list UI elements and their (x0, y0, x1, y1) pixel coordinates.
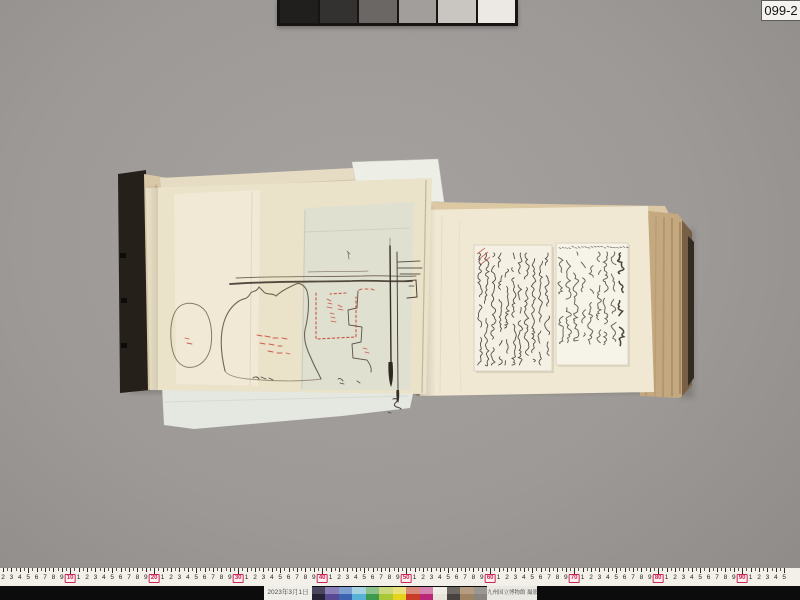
color-patch (406, 587, 419, 600)
ruler-number: 4 (690, 574, 694, 582)
ruler-halftick (133, 568, 134, 571)
color-patch (339, 587, 352, 600)
color-patch-bottom (420, 594, 433, 600)
ruler-tick (255, 568, 256, 572)
date-label: 2023年3月1日 (264, 586, 312, 600)
ruler-number: 9 (144, 574, 148, 582)
ruler-tick (751, 568, 752, 572)
ruler-halftick (486, 568, 487, 571)
ruler-number: 2 (673, 574, 677, 582)
ruler-number: 1 (749, 574, 753, 582)
ruler-tick (20, 568, 21, 572)
ruler-number: 6 (539, 574, 543, 582)
ruler-halftick (276, 568, 277, 571)
ruler-tick (314, 568, 315, 572)
grayscale-patch (359, 0, 397, 23)
ruler-tick (280, 568, 281, 573)
ruler-tick (146, 568, 147, 572)
ruler-tick (650, 568, 651, 572)
color-patch (379, 587, 392, 600)
ruler-halftick (738, 568, 739, 571)
ruler-number: 7 (295, 574, 299, 582)
ruler-tick (389, 568, 390, 572)
ruler-number: 20 (149, 574, 160, 583)
color-patch (393, 587, 406, 600)
ruler-number: 9 (396, 574, 400, 582)
color-calibration-patches (312, 587, 487, 600)
ruler-tick (431, 568, 432, 572)
ruler-halftick (184, 568, 185, 571)
ruler-tick (179, 568, 180, 572)
ruler-tick (37, 568, 38, 572)
ruler-halftick (662, 568, 663, 571)
ruler-halftick (620, 568, 621, 571)
ruler-tick (247, 568, 248, 572)
ruler-halftick (74, 568, 75, 571)
color-patch-bottom (447, 594, 460, 600)
ruler-halftick (553, 568, 554, 571)
ruler-tick (767, 568, 768, 572)
ruler-number: 3 (178, 574, 182, 582)
ruler-halftick (545, 568, 546, 571)
ruler-halftick (578, 568, 579, 571)
ruler-halftick (234, 568, 235, 571)
ruler-halftick (32, 568, 33, 571)
ruler-halftick (368, 568, 369, 571)
ruler-halftick (595, 568, 596, 571)
photo-id-label: 099-2 (761, 0, 800, 21)
ruler-number: 4 (522, 574, 526, 582)
ruler-halftick (7, 568, 8, 571)
ruler-number: 5 (446, 574, 450, 582)
ruler-tick (28, 568, 29, 573)
ruler-number: 5 (194, 574, 198, 582)
ruler-halftick (242, 568, 243, 571)
ruler-tick (221, 568, 222, 572)
ruler-number: 1 (581, 574, 585, 582)
ruler-number: 3 (94, 574, 98, 582)
ruler-number: 4 (18, 574, 22, 582)
ruler-halftick (612, 568, 613, 571)
ruler-halftick (511, 568, 512, 571)
ruler-number: 8 (304, 574, 308, 582)
ruler-tick (524, 568, 525, 572)
ruler-tick (482, 568, 483, 572)
ruler-halftick (251, 568, 252, 571)
ruler-number: 6 (455, 574, 459, 582)
ruler-number: 6 (119, 574, 123, 582)
ruler-halftick (704, 568, 705, 571)
ruler-tick (675, 568, 676, 572)
color-patch (474, 587, 487, 600)
ruler-halftick (679, 568, 680, 571)
ruler-number: 6 (371, 574, 375, 582)
ruler-tick (112, 568, 113, 573)
ruler-halftick (394, 568, 395, 571)
ruler-number: 5 (110, 574, 114, 582)
ruler-number: 4 (270, 574, 274, 582)
ruler-number: 8 (640, 574, 644, 582)
ruler-number: 3 (346, 574, 350, 582)
manuscript-sheets (474, 243, 630, 373)
ruler-tick (196, 568, 197, 573)
ruler-number: 6 (623, 574, 627, 582)
ruler-number: 2 (421, 574, 425, 582)
ruler-number: 7 (379, 574, 383, 582)
ruler-halftick (696, 568, 697, 571)
ruler-number: 2 (85, 574, 89, 582)
ruler-halftick (637, 568, 638, 571)
ruler-tick (373, 568, 374, 572)
ruler-halftick (494, 568, 495, 571)
ruler-number: 4 (438, 574, 442, 582)
grayscale-calibration-strip (277, 0, 518, 26)
ruler-tick (465, 568, 466, 572)
ruler-number: 2 (169, 574, 173, 582)
ruler-tick (457, 568, 458, 572)
ruler-tick (591, 568, 592, 572)
ruler-tick (759, 568, 760, 572)
ruler-halftick (520, 568, 521, 571)
ruler-halftick (478, 568, 479, 571)
ruler-number: 1 (161, 574, 165, 582)
ruler-tick (448, 568, 449, 573)
ruler-halftick (326, 568, 327, 571)
ruler-number: 8 (52, 574, 56, 582)
ruler-number: 40 (317, 574, 328, 583)
grayscale-patch (438, 0, 476, 23)
ruler-number: 7 (211, 574, 215, 582)
ruler-tick (709, 568, 710, 572)
ruler-halftick (721, 568, 722, 571)
ruler-number: 70 (569, 574, 580, 583)
ruler-halftick (24, 568, 25, 571)
ruler-halftick (604, 568, 605, 571)
ruler-tick (381, 568, 382, 572)
ruler-tick (289, 568, 290, 572)
ruler-number: 7 (631, 574, 635, 582)
ruler-halftick (503, 568, 504, 571)
ruler-tick (717, 568, 718, 572)
ruler-halftick (150, 568, 151, 571)
ruler-halftick (343, 568, 344, 571)
ruler-halftick (158, 568, 159, 571)
ruler-halftick (293, 568, 294, 571)
ruler-halftick (461, 568, 462, 571)
ruler-number: 3 (430, 574, 434, 582)
ruler-tick (583, 568, 584, 572)
ruler-number: 5 (278, 574, 282, 582)
ruler-tick (305, 568, 306, 572)
ruler-halftick (175, 568, 176, 571)
color-patch-bottom (433, 594, 446, 600)
ruler-number: 1 (77, 574, 81, 582)
ruler-number: 9 (564, 574, 568, 582)
ruler-number: 4 (774, 574, 778, 582)
ruler-number: 8 (472, 574, 476, 582)
color-patch (433, 587, 446, 600)
ruler-tick (121, 568, 122, 572)
ruler-number: 3 (10, 574, 14, 582)
ruler-tick (230, 568, 231, 572)
ruler-number: 9 (60, 574, 64, 582)
ruler-halftick (209, 568, 210, 571)
ruler-number: 4 (102, 574, 106, 582)
ruler-number: 3 (682, 574, 686, 582)
ruler-number: 6 (707, 574, 711, 582)
ruler-number: 9 (648, 574, 652, 582)
ruler-halftick (91, 568, 92, 571)
ruler-halftick (360, 568, 361, 571)
grayscale-patch (478, 0, 516, 23)
ruler-tick (104, 568, 105, 572)
ruler-tick (45, 568, 46, 572)
ruler-tick (364, 568, 365, 573)
album-book-photo (100, 150, 710, 450)
ruler-halftick (83, 568, 84, 571)
ruler-tick (3, 568, 4, 572)
ruler-tick (515, 568, 516, 572)
ruler-halftick (125, 568, 126, 571)
color-patch (460, 587, 473, 600)
ruler-number: 1 (665, 574, 669, 582)
ruler-tick (616, 568, 617, 573)
left-page (146, 178, 432, 394)
color-patch-bottom (325, 594, 338, 600)
color-patch-bottom (474, 594, 487, 600)
ruler-halftick (268, 568, 269, 571)
ruler-tick (129, 568, 130, 572)
ruler-number: 3 (262, 574, 266, 582)
ruler-halftick (335, 568, 336, 571)
ruler-halftick (688, 568, 689, 571)
ruler: 2345678910123456789201234567893012345678… (0, 567, 800, 586)
ruler-halftick (167, 568, 168, 571)
ruler-number: 80 (653, 574, 664, 583)
ruler-halftick (310, 568, 311, 571)
ruler-tick (62, 568, 63, 572)
ruler-halftick (58, 568, 59, 571)
ruler-number: 3 (766, 574, 770, 582)
ruler-halftick (528, 568, 529, 571)
ruler-number: 2 (757, 574, 761, 582)
ruler-halftick (259, 568, 260, 571)
color-patch-bottom (312, 594, 325, 600)
ruler-number: 9 (228, 574, 232, 582)
ruler-tick (557, 568, 558, 572)
color-patch (352, 587, 365, 600)
ruler-number: 5 (530, 574, 534, 582)
ruler-tick (79, 568, 80, 572)
ruler-tick (725, 568, 726, 572)
ruler-tick (683, 568, 684, 572)
ruler-halftick (746, 568, 747, 571)
ruler-halftick (410, 568, 411, 571)
ruler-number: 2 (1, 574, 5, 582)
ruler-halftick (469, 568, 470, 571)
ruler-tick (549, 568, 550, 572)
ruler-halftick (217, 568, 218, 571)
ruler-number: 7 (127, 574, 131, 582)
color-patch (312, 587, 325, 600)
ruler-halftick (142, 568, 143, 571)
ruler-number: 5 (782, 574, 786, 582)
ruler-tick (776, 568, 777, 572)
ruler-number: 4 (186, 574, 190, 582)
ruler-halftick (41, 568, 42, 571)
ruler-number: 2 (253, 574, 257, 582)
ruler-number: 5 (26, 574, 30, 582)
grayscale-patch (320, 0, 358, 23)
ruler-halftick (108, 568, 109, 571)
ruler-number: 8 (220, 574, 224, 582)
ruler-halftick (654, 568, 655, 571)
ruler-halftick (100, 568, 101, 571)
color-patch (366, 587, 379, 600)
ruler-tick (692, 568, 693, 572)
ruler-halftick (646, 568, 647, 571)
ruler-number: 1 (497, 574, 501, 582)
ruler-halftick (200, 568, 201, 571)
grayscale-patch (399, 0, 437, 23)
ruler-halftick (226, 568, 227, 571)
ruler-tick (541, 568, 542, 572)
ruler-tick (137, 568, 138, 572)
ruler-number: 8 (388, 574, 392, 582)
ruler-halftick (444, 568, 445, 571)
ruler-halftick (192, 568, 193, 571)
ruler-halftick (763, 568, 764, 571)
color-patch (447, 587, 460, 600)
ruler-halftick (66, 568, 67, 571)
color-patch-bottom (339, 594, 352, 600)
ruler-halftick (780, 568, 781, 571)
ruler-halftick (713, 568, 714, 571)
ruler-tick (423, 568, 424, 572)
ruler-number: 2 (337, 574, 341, 582)
ruler-halftick (570, 568, 571, 571)
ruler-tick (599, 568, 600, 572)
ruler-number: 7 (463, 574, 467, 582)
ruler-tick (734, 568, 735, 572)
ruler-halftick (318, 568, 319, 571)
ruler-number: 6 (287, 574, 291, 582)
ruler-halftick (730, 568, 731, 571)
ruler-halftick (536, 568, 537, 571)
ruler-tick (633, 568, 634, 572)
ruler-number: 5 (362, 574, 366, 582)
ruler-tick (87, 568, 88, 572)
ruler-tick (95, 568, 96, 572)
ruler-tick (272, 568, 273, 572)
ruler-number: 4 (606, 574, 610, 582)
ruler-number: 7 (547, 574, 551, 582)
ruler-tick (532, 568, 533, 573)
color-patch-bottom (406, 594, 419, 600)
ruler-tick (415, 568, 416, 572)
credit-label: 九州国立博物館 撮影 (487, 586, 537, 600)
ruler-number: 5 (614, 574, 618, 582)
ruler-tick (171, 568, 172, 572)
ruler-number: 4 (354, 574, 358, 582)
ruler-number: 6 (35, 574, 39, 582)
ruler-halftick (301, 568, 302, 571)
ruler-number: 7 (715, 574, 719, 582)
ruler-number: 8 (136, 574, 140, 582)
ruler-halftick (377, 568, 378, 571)
ruler-halftick (436, 568, 437, 571)
ruler-number: 2 (505, 574, 509, 582)
ruler-tick (667, 568, 668, 572)
ruler-tick (331, 568, 332, 572)
ruler-tick (339, 568, 340, 572)
ruler-tick (53, 568, 54, 572)
ruler-tick (163, 568, 164, 572)
ruler-tick (297, 568, 298, 572)
ruler-number: 1 (245, 574, 249, 582)
ruler-halftick (562, 568, 563, 571)
ruler-number: 5 (698, 574, 702, 582)
ruler-number: 10 (65, 574, 76, 583)
ruler-tick (188, 568, 189, 572)
ruler-halftick (16, 568, 17, 571)
ruler-number: 9 (732, 574, 736, 582)
ruler-number: 2 (589, 574, 593, 582)
color-patch-bottom (352, 594, 365, 600)
ruler-halftick (629, 568, 630, 571)
color-patch-bottom (393, 594, 406, 600)
ruler-number: 7 (43, 574, 47, 582)
ruler-halftick (402, 568, 403, 571)
ruler-halftick (284, 568, 285, 571)
ruler-halftick (49, 568, 50, 571)
ruler-tick (784, 568, 785, 573)
museum-photo-background: 099-2 (0, 0, 800, 600)
ruler-tick (263, 568, 264, 572)
ruler-tick (440, 568, 441, 572)
ruler-number: 6 (203, 574, 207, 582)
color-patch (420, 587, 433, 600)
ruler-halftick (452, 568, 453, 571)
ruler-halftick (772, 568, 773, 571)
ruler-number: 9 (480, 574, 484, 582)
color-patch (325, 587, 338, 600)
ruler-number: 3 (598, 574, 602, 582)
ruler-tick (398, 568, 399, 572)
ruler-tick (625, 568, 626, 572)
ruler-number: 1 (413, 574, 417, 582)
ruler-tick (213, 568, 214, 572)
ruler-halftick (385, 568, 386, 571)
ruler-tick (356, 568, 357, 572)
ruler-number: 30 (233, 574, 244, 583)
color-patch-bottom (460, 594, 473, 600)
ruler-tick (347, 568, 348, 572)
ruler-number: 50 (401, 574, 412, 583)
ruler-tick (205, 568, 206, 572)
ruler-number: 3 (514, 574, 518, 582)
grayscale-patch (280, 0, 318, 23)
ruler-halftick (352, 568, 353, 571)
ruler-halftick (419, 568, 420, 571)
ruler-tick (473, 568, 474, 572)
ruler-halftick (116, 568, 117, 571)
ruler-number: 90 (737, 574, 748, 583)
ruler-halftick (755, 568, 756, 571)
ruler-number: 9 (312, 574, 316, 582)
ruler-tick (507, 568, 508, 572)
color-patch-bottom (379, 594, 392, 600)
